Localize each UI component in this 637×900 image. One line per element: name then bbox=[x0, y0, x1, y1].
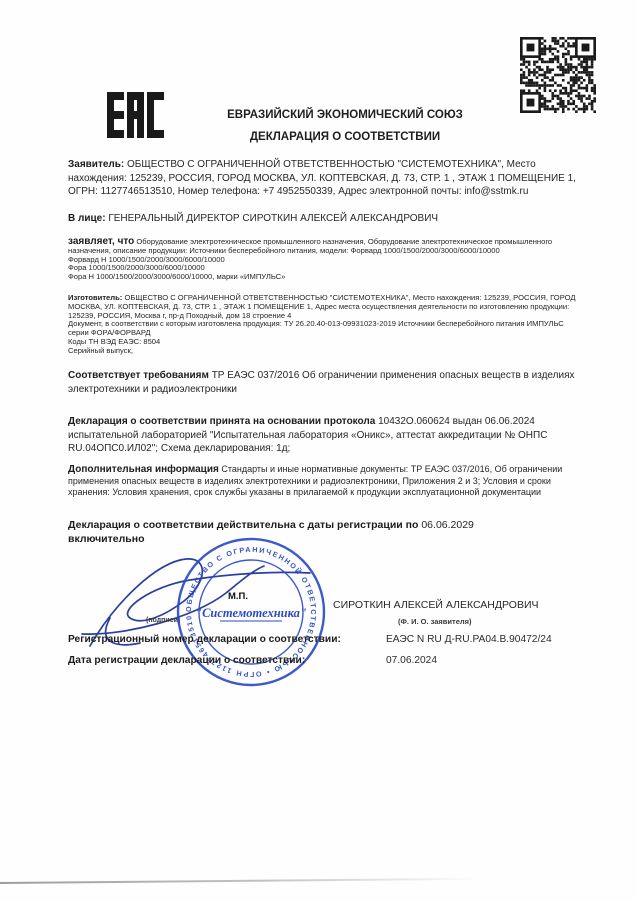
registration-date-row: Дата регистрации декларации о соответств… bbox=[68, 655, 608, 666]
fullname-caption: (Ф. И. О. заявителя) bbox=[398, 617, 472, 626]
union-title: ЕВРАЗИЙСКИЙ ЭКОНОМИЧЕСКИЙ СОЮЗ bbox=[165, 104, 525, 126]
registration-date-label: Дата регистрации декларации о соответств… bbox=[68, 655, 305, 666]
basis-section: Декларация о соответствии принята на осн… bbox=[68, 415, 578, 456]
applicant-label: Заявитель: bbox=[68, 159, 124, 170]
stamp-place-mark: М.П. bbox=[228, 591, 248, 602]
declaration-document: ЕВРАЗИЙСКИЙ ЭКОНОМИЧЕСКИЙ СОЮЗ ДЕКЛАРАЦИ… bbox=[0, 0, 637, 900]
registration-number-label: Регистрационный номер декларации о соотв… bbox=[68, 634, 341, 645]
serial-issue-line: Серийный выпуск, bbox=[68, 347, 578, 356]
tnved-code-line: Коды ТН ВЭД ЕАЭС: 8504 bbox=[68, 338, 578, 347]
qr-code-icon bbox=[517, 37, 599, 118]
applicant-fullname: СИРОТКИН АЛЕКСЕЙ АЛЕКСАНДРОВИЧ bbox=[333, 599, 539, 611]
declares-text: Оборудование электротехническое промышле… bbox=[68, 237, 552, 255]
document-header: ЕВРАЗИЙСКИЙ ЭКОНОМИЧЕСКИЙ СОЮЗ ДЕКЛАРАЦИ… bbox=[165, 104, 525, 148]
stamp-center-text: "Системотехника" bbox=[195, 606, 307, 620]
registration-date-value: 07.06.2024 bbox=[386, 655, 437, 666]
representative-label: В лице: bbox=[68, 213, 106, 224]
validity-date: 06.06.2029 bbox=[421, 519, 474, 531]
manufacturer-section: Изготовитель: ОБЩЕСТВО С ОГРАНИЧЕННОЙ ОТ… bbox=[68, 294, 578, 356]
manufacturer-main: Изготовитель: ОБЩЕСТВО С ОГРАНИЧЕННОЙ ОТ… bbox=[68, 294, 578, 320]
page-edge-shadow bbox=[0, 878, 480, 884]
additional-info-label: Дополнительная информация bbox=[68, 464, 219, 475]
representative-text: ГЕНЕРАЛЬНЫЙ ДИРЕКТОР СИРОТКИН АЛЕКСЕЙ АЛ… bbox=[108, 213, 438, 224]
product-model-line: Фора Н 1000/1500/2000/3000/6000/10000, м… bbox=[68, 273, 578, 282]
declares-section: заявляет, что Оборудование электротехнич… bbox=[68, 238, 578, 282]
eac-logo-icon bbox=[107, 92, 165, 144]
applicant-text: ОБЩЕСТВО С ОГРАНИЧЕННОЙ ОТВЕТСТВЕННОСТЬЮ… bbox=[68, 159, 576, 197]
compliance-section: Соответствует требованиям ТР ЕАЭС 037/20… bbox=[68, 369, 578, 396]
additional-info-section: Дополнительная информация Стандарты и ин… bbox=[68, 464, 578, 499]
company-stamp: ОБЩЕСТВО С ОГРАНИЧЕННОЙ ОТВЕТСТВЕННОСТЬЮ… bbox=[174, 535, 328, 694]
compliance-label: Соответствует требованиям bbox=[68, 370, 209, 381]
manufacturer-label: Изготовитель: bbox=[68, 293, 122, 302]
basis-label: Декларация о соответствии принята на осн… bbox=[68, 416, 375, 427]
representative-section: В лице: ГЕНЕРАЛЬНЫЙ ДИРЕКТОР СИРОТКИН АЛ… bbox=[68, 212, 578, 226]
page-title: ДЕКЛАРАЦИЯ О СООТВЕТСТВИИ bbox=[165, 126, 525, 148]
validity-suffix: включительно bbox=[68, 533, 145, 545]
registration-number-value: ЕАЭС N RU Д-RU.РА04.В.90472/24 bbox=[386, 634, 552, 645]
validity-label: Декларация о соответствии действительна … bbox=[68, 519, 418, 531]
manufacturer-text: ОБЩЕСТВО С ОГРАНИЧЕННОЙ ОТВЕТСТВЕННОСТЬЮ… bbox=[68, 293, 576, 320]
applicant-section: Заявитель: ОБЩЕСТВО С ОГРАНИЧЕННОЙ ОТВЕТ… bbox=[68, 158, 578, 199]
registration-number-row: Регистрационный номер декларации о соотв… bbox=[68, 634, 608, 645]
manufacturer-doc-line: Документ, в соответствии с которым изгот… bbox=[68, 320, 578, 338]
